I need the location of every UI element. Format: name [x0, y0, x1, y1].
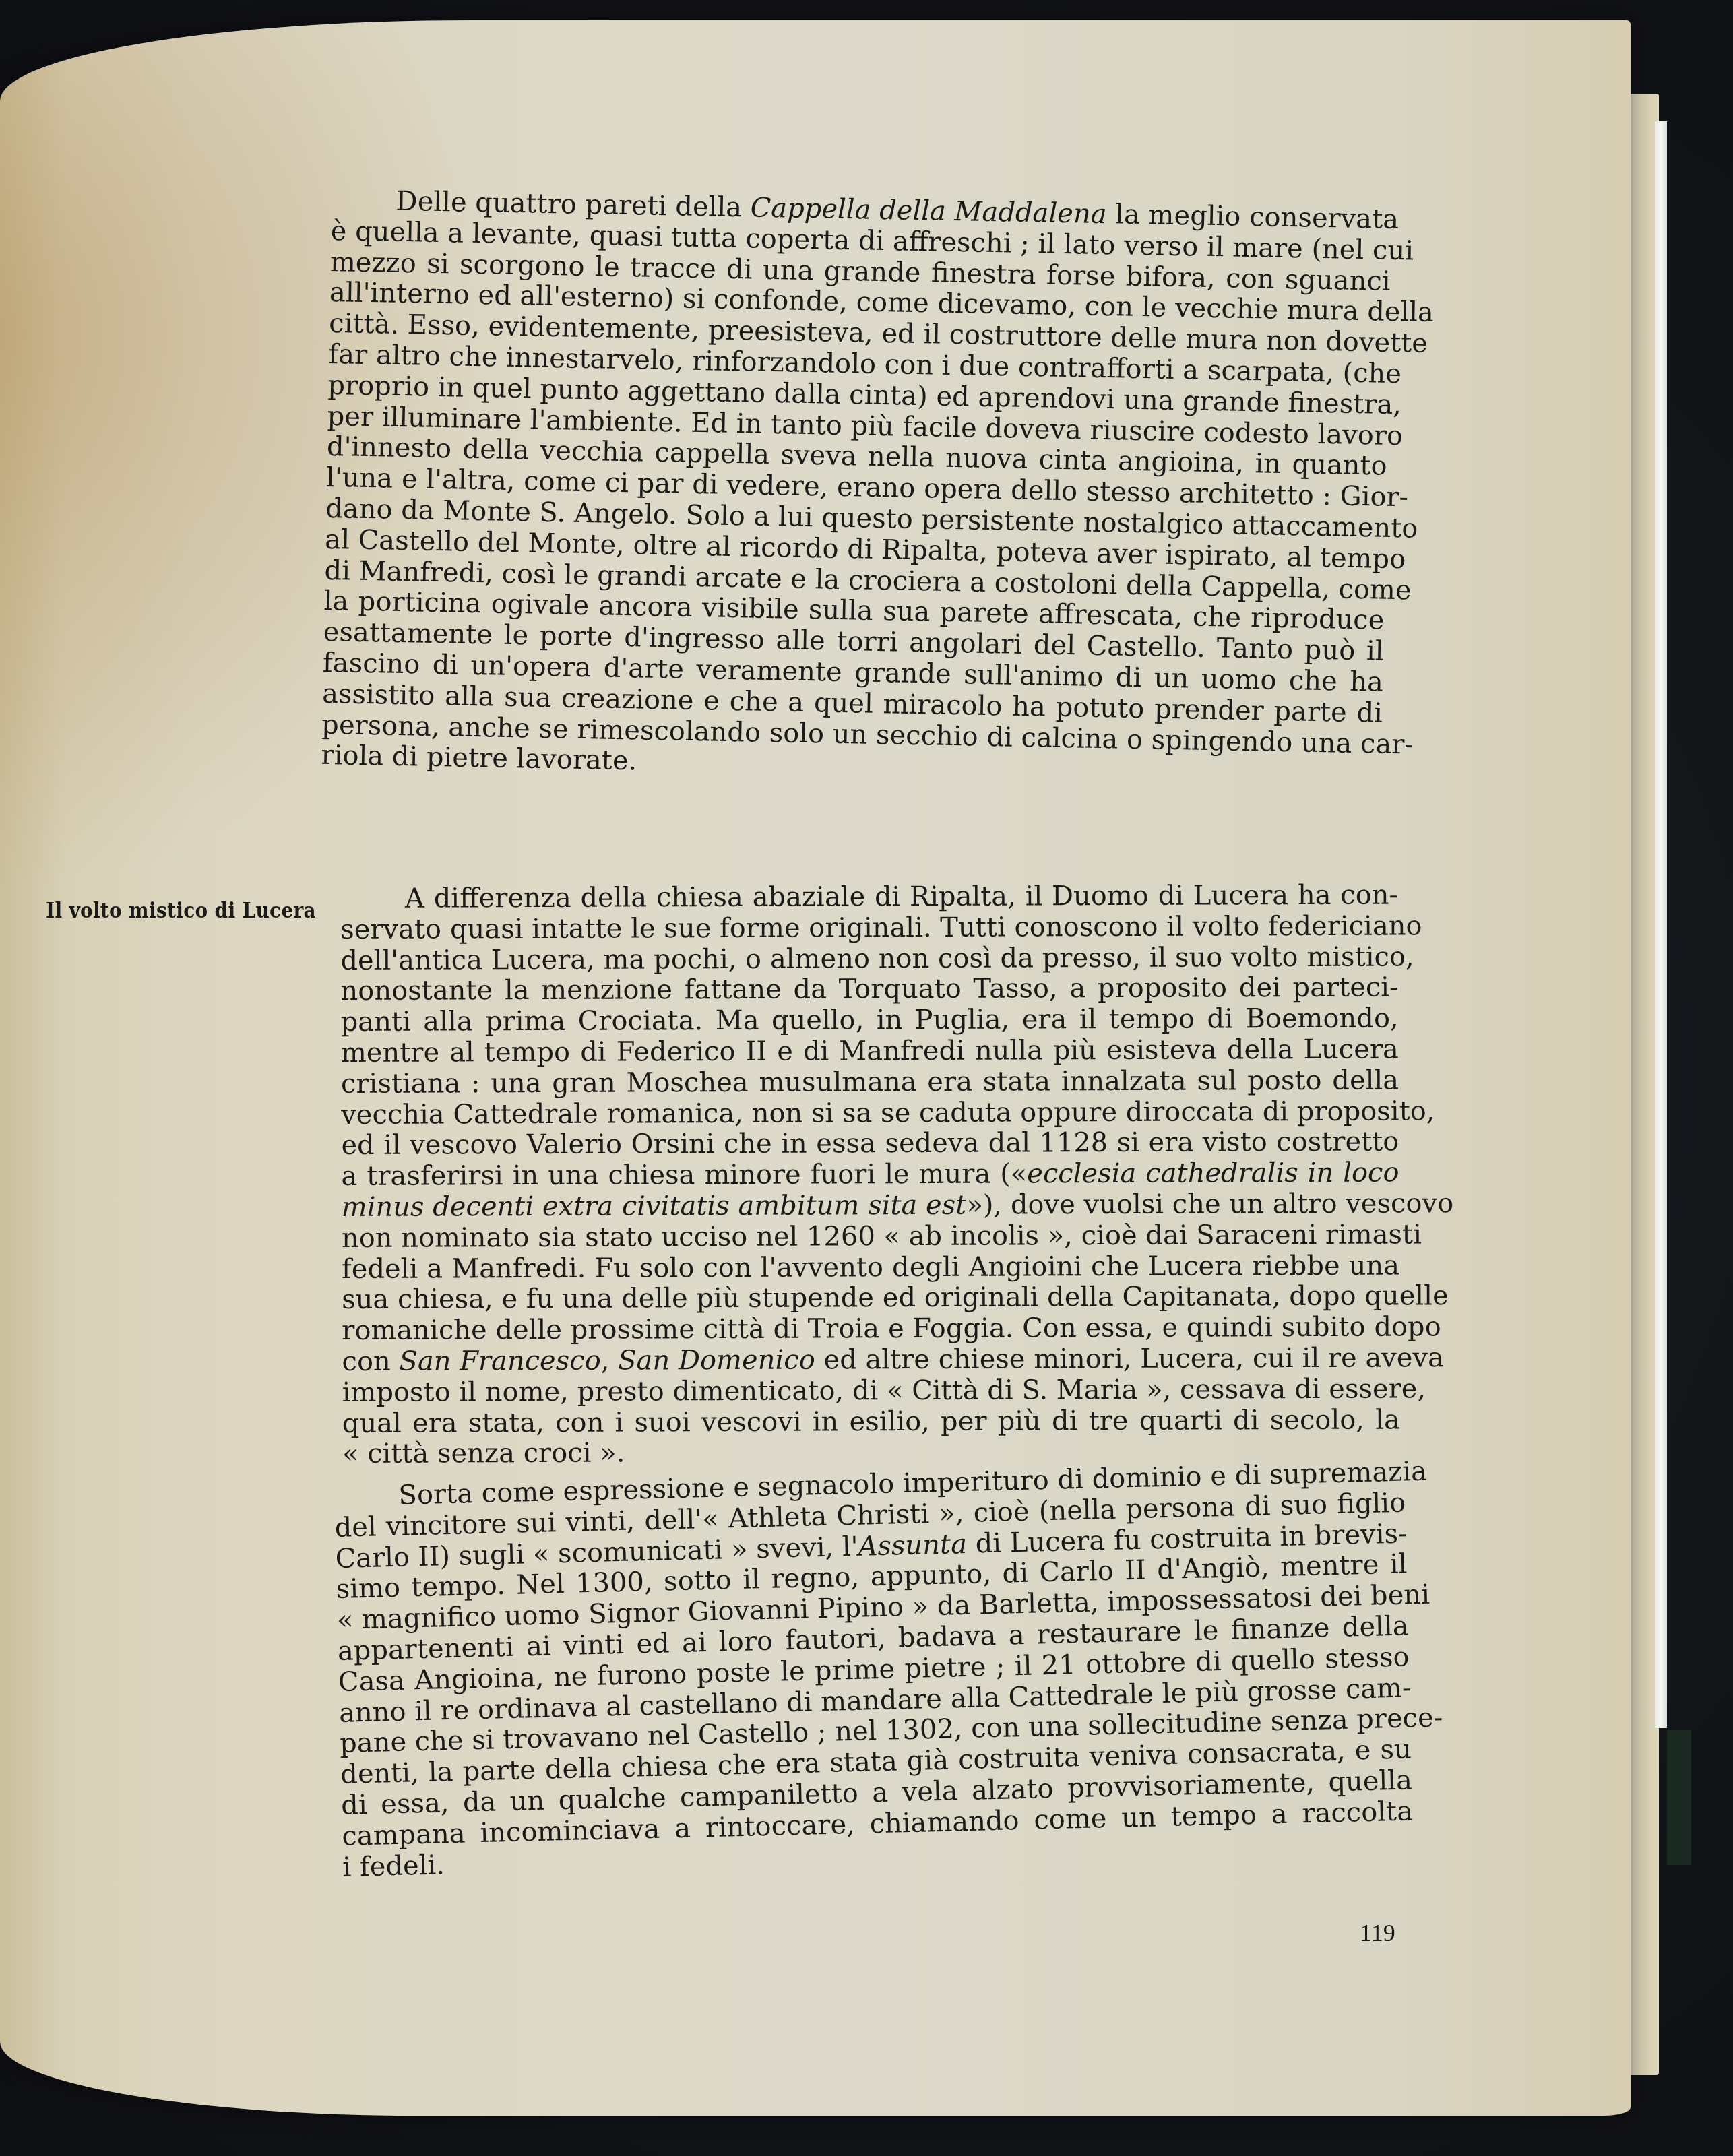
- text-run: a trasferirsi in una chiesa minore fuori…: [341, 1159, 1027, 1193]
- text-line: qual era stata, con i suoi vescovi in es…: [342, 1405, 1400, 1439]
- italic-church-name: San Domenico: [618, 1344, 815, 1376]
- text-run: »), dove vuolsi che un altro vescovo: [966, 1188, 1453, 1221]
- side-heading: Il volto mistico di Lucera: [46, 897, 316, 923]
- text-line: sua chiesa, e fu una delle più stupende …: [342, 1281, 1399, 1316]
- text-line: mentre al tempo di Federico II e di Manf…: [341, 1035, 1399, 1069]
- text-line: con San Francesco, San Domenico ed altre…: [342, 1343, 1399, 1377]
- text-line: imposto il nome, presto dimenticato, di …: [342, 1374, 1400, 1408]
- white-insert-sheet: [1655, 121, 1667, 1728]
- paragraph-cappella-maddalena: Delle quattro pareti della Cappella dell…: [321, 185, 1392, 791]
- green-bookmark-tab: [1667, 1730, 1691, 1865]
- text-line: fedeli a Manfredi. Fu solo con l'avvento…: [342, 1250, 1399, 1285]
- italic-title: Assunta: [858, 1528, 967, 1562]
- text-run: ed altre chiese minori, Lucera, cui il r…: [815, 1342, 1444, 1375]
- text-line: non nominato sia stato ucciso nel 1260 «…: [342, 1219, 1399, 1254]
- text-line: A differenza della chiesa abaziale di Ri…: [340, 881, 1398, 915]
- italic-church-name: San Francesco: [399, 1345, 600, 1377]
- text-line: servato quasi intatte le sue forme origi…: [340, 911, 1398, 945]
- latin-quote: ecclesia cathedralis in loco: [1027, 1158, 1399, 1190]
- text-line: dell'antica Lucera, ma pochi, o almeno n…: [340, 942, 1398, 976]
- paragraph-volto-mistico: A differenza della chiesa abaziale di Ri…: [340, 881, 1400, 1471]
- text-line: cristiana : una gran Moschea musulmana e…: [341, 1065, 1399, 1100]
- text-run: ,: [601, 1345, 619, 1376]
- text-run: con: [342, 1346, 399, 1377]
- text-run: A differenza della chiesa abaziale di Ri…: [405, 880, 1398, 914]
- text-line: minus decenti extra civitatis ambitum si…: [342, 1188, 1399, 1223]
- text-line: vecchia Cattedrale romanica, non si sa s…: [341, 1096, 1399, 1131]
- text-line: romaniche delle prossime città di Troia …: [342, 1312, 1399, 1347]
- page-number: 119: [1360, 1919, 1395, 1947]
- text-line: a trasferirsi in una chiesa minore fuori…: [341, 1158, 1399, 1193]
- book-page: Delle quattro pareti della Cappella dell…: [0, 20, 1631, 2116]
- text-line: nonostante la menzione fattane da Torqua…: [340, 973, 1398, 1007]
- latin-quote: minus decenti extra civitatis ambitum si…: [342, 1190, 967, 1223]
- text-run: la meglio conservata: [1106, 199, 1399, 235]
- paragraph-assunta: Sorta come espressione e segnacolo imper…: [334, 1457, 1414, 1884]
- text-line: ed il vescovo Valerio Orsini che in essa…: [341, 1127, 1399, 1162]
- text-line: panti alla prima Crociata. Ma quello, in…: [341, 1004, 1399, 1038]
